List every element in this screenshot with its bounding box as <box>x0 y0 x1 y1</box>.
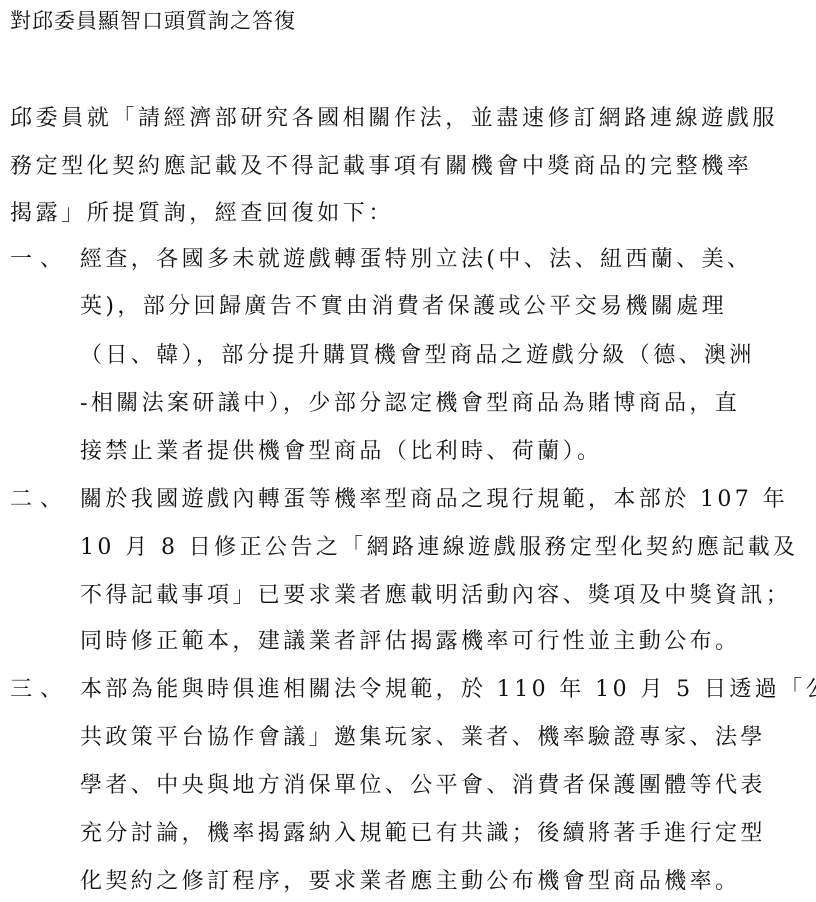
list-item-line: 充分討論，機率揭露納入規範已有共識；後續將著手進行定型 <box>80 819 766 849</box>
list-marker: 二、 <box>10 485 70 515</box>
intro-line: 邱委員就「請經濟部研究各國相關作法，並盡速修訂網路連線遊戲服 <box>10 104 778 134</box>
list-item-line: 接禁止業者提供機會型商品（比利時、荷蘭）。 <box>80 437 602 467</box>
list-item-line: 學者、中央與地方消保單位、公平會、消費者保護團體等代表 <box>80 771 766 801</box>
document-title: 對邱委員顯智口頭質詢之答復 <box>10 6 296 36</box>
intro-line: 務定型化契約應記載及不得記載事項有關機會中獎商品的完整機率 <box>10 152 752 182</box>
list-item-line: 10 月 8 日修正公告之「網路連線遊戲服務定型化契約應記載及 <box>80 533 798 563</box>
list-item-line: -相關法案研議中），少部分認定機會型商品為賭博商品，直 <box>80 389 740 419</box>
list-item-line: 關於我國遊戲內轉蛋等機率型商品之現行規範，本部於 107 年 <box>80 485 788 515</box>
list-item-line: 同時修正範本，建議業者評估揭露機率可行性並主動公布。 <box>80 627 740 657</box>
intro-line: 揭露」所提質詢，經查回復如下： <box>10 199 394 229</box>
list-item-line: （日、韓），部分提升購買機會型商品之遊戲分級（德、澳洲 <box>80 341 755 371</box>
list-marker: 一、 <box>10 245 70 275</box>
list-item-line: 不得記載事項」已要求業者應載明活動內容、獎項及中獎資訊； <box>80 581 791 611</box>
list-item-line: 英)，部分回歸廣告不實由消費者保護或公平交易機關處理 <box>80 292 727 322</box>
list-item-line: 化契約之修訂程序，要求業者應主動公布機會型商品機率。 <box>80 867 740 897</box>
list-item-line: 共政策平台協作會議」邀集玩家、業者、機率驗證專家、法學 <box>80 723 766 753</box>
list-item-line: 本部為能與時俱進相關法令規範，於 110 年 10 月 5 日透過「公 <box>80 675 816 705</box>
list-marker: 三、 <box>10 675 70 705</box>
list-item-line: 經查，各國多未就遊戲轉蛋特別立法(中、法、紐西蘭、美、 <box>80 245 752 275</box>
